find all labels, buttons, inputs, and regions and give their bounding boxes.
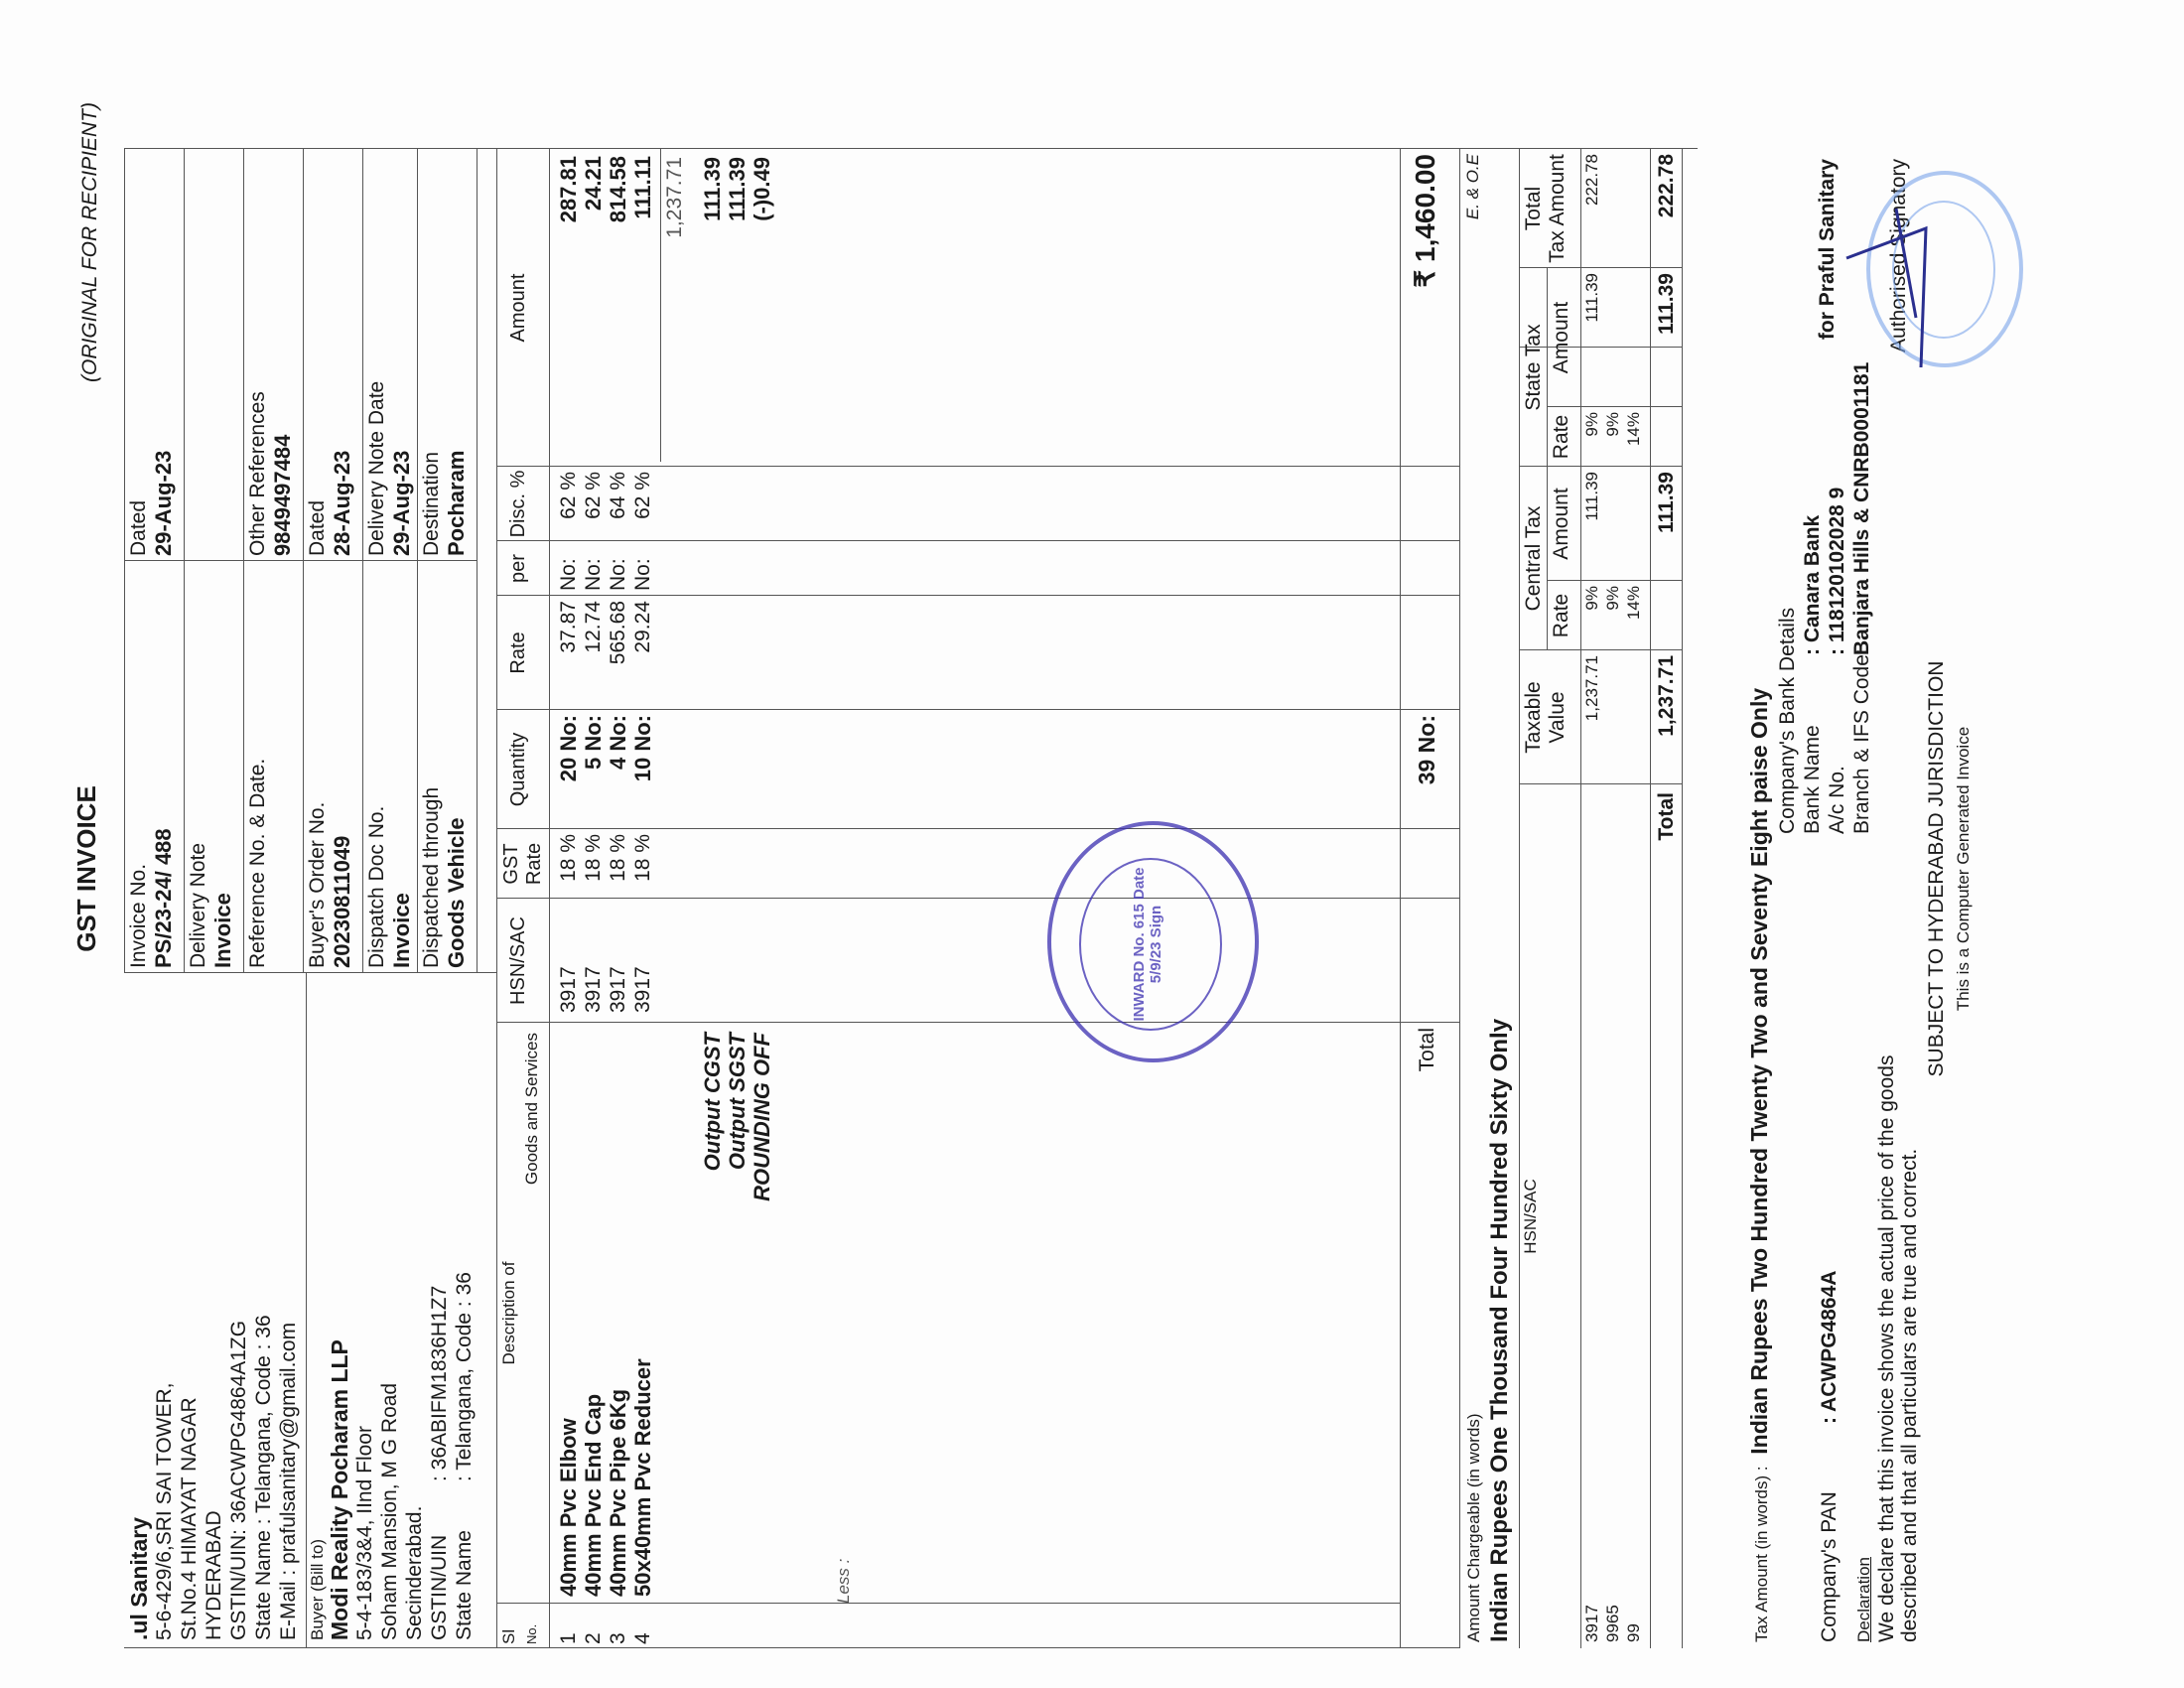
seller-block: .ul Sanitary 5-6-429/6,SRI SAI TOWER, St… [127, 985, 301, 1640]
buyer-block: Buyer (Bill to) Modi Reality Pocharam LL… [308, 985, 477, 1640]
col-header-gst-rate: Rate [522, 829, 547, 899]
buyer-gstin: : 36ABIFM1836H1Z7 [428, 1286, 451, 1481]
declaration-line: We declare that this invoice shows the a… [1874, 1055, 1899, 1642]
tax-row-s-rate: 9% [1603, 412, 1623, 467]
seller-address-line: HYDERABAD [202, 985, 226, 1640]
tax-header-value: Value [1545, 650, 1570, 784]
meta-cell: Dispatched throughGoods Vehicle [419, 787, 469, 968]
meta-label: Dispatched through [419, 787, 444, 968]
buyer-address-line: 5-4-183/3&4, IInd Floor [352, 985, 377, 1640]
tax-total-central: 111.39 [1654, 472, 1679, 581]
seller-address-line: 5-6-429/6,SRI SAI TOWER, [152, 985, 177, 1640]
tax-line-amount: 111.39 [725, 157, 750, 467]
col-header-per: per [506, 541, 531, 596]
tax-row-hsn: 99 [1624, 1623, 1644, 1642]
item-disc: 64 % [606, 472, 630, 536]
tax-row-c-rate: 9% [1603, 586, 1623, 650]
col-header-qty: Quantity [506, 710, 531, 829]
item-sl: 2 [581, 1610, 606, 1644]
item-amount: 24.21 [581, 156, 606, 462]
tax-row-total: 222.78 [1582, 154, 1602, 268]
item-qty: 5 No: [581, 715, 606, 824]
item-rate: 12.74 [581, 601, 606, 705]
meta-value: 20230811049 [330, 802, 354, 968]
col-header-disc: Disc. % [506, 467, 531, 541]
meta-value: Invoice [389, 806, 414, 968]
meta-label: Destination [419, 451, 444, 556]
rule [1580, 149, 1581, 1648]
meta-value: Invoice [210, 843, 235, 968]
seller-state: State Name : Telangana, Code : 36 [251, 985, 276, 1640]
rule [1682, 149, 1683, 1648]
buyer-state-label: State Name [452, 1481, 477, 1640]
item-gst: 18 % [556, 834, 581, 894]
subtotal-amount: 1,237.71 [662, 157, 687, 467]
pan-label: Company's PAN [1817, 1424, 1842, 1642]
item-sl: 4 [630, 1610, 655, 1644]
col-header-desc2: Goods and Services [522, 1023, 542, 1604]
tax-row-hsn: 3917 [1582, 1605, 1602, 1642]
buyer-label: Buyer (Bill to) [308, 985, 328, 1640]
item-amount: 814.58 [606, 156, 630, 462]
tax-total-label: Total [1654, 792, 1679, 1648]
invoice-page: GST INVOICE (ORIGINAL FOR RECIPIENT) .ul… [69, 89, 1906, 1648]
bank-label: Branch & IFS Code: [1849, 655, 1874, 834]
col-header-rate: Rate [506, 596, 531, 710]
meta-cell: Other References9849497484 [245, 391, 295, 556]
meta-cell: Invoice No.PS/23-24/ 488 [126, 828, 176, 968]
tax-line-amount: (-)0.49 [750, 157, 774, 467]
tax-row-s-rate: 9% [1582, 412, 1602, 467]
meta-value: Pocharam [444, 451, 469, 556]
grand-total: ₹ 1,460.00 [1413, 154, 1437, 467]
total-label: Total [1415, 1028, 1439, 1604]
tax-header-taxable: Taxable [1521, 650, 1546, 784]
item-rate: 565.68 [606, 601, 630, 705]
tax-total-taxable: 1,237.71 [1654, 655, 1679, 784]
seller-name: .ul Sanitary [127, 985, 152, 1640]
buyer-address-line: Secinderabad. [402, 985, 427, 1640]
buyer-address-line: Soham Mansion, M G Road [377, 985, 402, 1640]
meta-value: 29-Aug-23 [389, 381, 414, 556]
item-per: No: [606, 541, 630, 591]
col-header-amount: Amount [506, 149, 531, 467]
item-qty: 10 No: [630, 715, 655, 824]
total-quantity: 39 No: [1415, 715, 1439, 829]
tax-total-amount: 222.78 [1654, 154, 1679, 268]
item-amount: 111.11 [630, 156, 655, 462]
meta-cell: Dated29-Aug-23 [126, 451, 176, 556]
col-header-gst: GST [499, 829, 524, 899]
tax-row-c-rate: 14% [1624, 586, 1644, 650]
tax-header-amount: Amount [1549, 268, 1573, 407]
seller-email: E-Mail : prafulsanitary@gmail.com [276, 985, 301, 1640]
tax-line-label: Output SGST [725, 1033, 750, 1604]
tax-words-label: Tax Amount (in words) : [1752, 1466, 1771, 1642]
item-desc: 40mm Pvc End Cap [581, 1026, 606, 1597]
item-amount: 287.81 [556, 156, 581, 462]
meta-cell: Dated28-Aug-23 [305, 451, 354, 556]
item-desc: 50x40mm Pvc Reducer [630, 1026, 655, 1597]
buyer-gstin-label: GSTIN/UIN [427, 1481, 452, 1640]
meta-cell: Buyer's Order No.20230811049 [305, 802, 354, 968]
item-desc: 40mm Pvc Elbow [556, 1026, 581, 1597]
tax-header-amount: Amount [1549, 467, 1573, 581]
item-hsn: 3917 [581, 904, 606, 1013]
item-sl: 1 [556, 1610, 581, 1644]
item-rate: 29.24 [630, 601, 655, 705]
item-hsn: 3917 [556, 904, 581, 1013]
tax-row-taxable: 1,237.71 [1582, 655, 1602, 784]
buyer-name: Modi Reality Pocharam LLP [328, 985, 352, 1640]
meta-label: Buyer's Order No. [305, 802, 330, 968]
item-qty: 20 No: [556, 715, 581, 824]
copy-label: (ORIGINAL FOR RECIPIENT) [77, 102, 102, 382]
eoe-label: E. & O.E [1463, 154, 1483, 467]
amount-in-words: Indian Rupees One Thousand Four Hundred … [1487, 1019, 1512, 1642]
buyer-state: : Telangana, Code : 36 [453, 1272, 476, 1481]
jurisdiction-note: SUBJECT TO HYDERABAD JURISDICTION [1924, 89, 1949, 1648]
tax-header-hsn: HSN/SAC [1521, 784, 1541, 1648]
declaration-line: described and that all particulars are t… [1897, 1149, 1922, 1642]
item-disc: 62 % [630, 472, 655, 536]
item-gst: 18 % [606, 834, 630, 894]
meta-value: PS/23-24/ 488 [151, 828, 176, 968]
meta-label: Dispatch Doc No. [364, 806, 389, 968]
tax-row-c-amount: 111.39 [1582, 472, 1602, 581]
tax-row-c-rate: 9% [1582, 586, 1602, 650]
meta-value: 28-Aug-23 [330, 451, 354, 556]
meta-cell: Delivery NoteInvoice [186, 843, 235, 968]
col-header-desc: Description of [499, 1023, 519, 1604]
meta-label: Delivery Note Date [364, 381, 389, 556]
computer-generated-note: This is a Computer Generated Invoice [1954, 89, 1974, 1648]
meta-cell: Delivery Note Date29-Aug-23 [364, 381, 414, 556]
bank-value: Banjara Hills & CNRB0001181 [1850, 362, 1873, 655]
item-qty: 4 No: [606, 715, 630, 824]
tax-line-amount: 111.39 [700, 157, 725, 467]
item-disc: 62 % [581, 472, 606, 536]
item-per: No: [556, 541, 581, 591]
declaration-title: Declaration [1854, 1557, 1874, 1642]
meta-label: Reference No. & Date. [245, 759, 270, 968]
tax-in-words: Indian Rupees Two Hundred Twenty Two and… [1746, 688, 1772, 1455]
item-gst: 18 % [581, 834, 606, 894]
meta-label: Invoice No. [126, 828, 151, 968]
meta-cell: Dispatch Doc No.Invoice [364, 806, 414, 968]
meta-label: Other References [245, 391, 270, 556]
seller-gstin: GSTIN/UIN: 36ACWPG4864A1ZG [226, 985, 251, 1640]
tax-header-state: State Tax [1521, 268, 1546, 467]
tax-line-label: ROUNDING OFF [750, 1033, 774, 1604]
meta-cell: DestinationPocharam [419, 451, 469, 556]
meta-label: Delivery Note [186, 843, 210, 968]
rule [1547, 268, 1548, 650]
inward-stamp: INWARD No. 615 Date 5/9/23 Sign [1047, 821, 1259, 1062]
amount-words-label: Amount Chargeable (in words) [1464, 1413, 1484, 1642]
less-label: Less : [834, 1559, 854, 1604]
inward-stamp-text: INWARD No. 615 Date 5/9/23 Sign [1131, 850, 1164, 1039]
rule [1519, 149, 1520, 1648]
col-header-sl: Sl [499, 1629, 519, 1644]
tax-header-rate: Rate [1549, 407, 1573, 467]
meta-value: Goods Vehicle [444, 787, 469, 968]
tax-header-central: Central Tax [1521, 467, 1546, 650]
meta-cell: Reference No. & Date. [245, 759, 270, 968]
tax-header-rate: Rate [1549, 581, 1573, 650]
meta-label: Dated [126, 451, 151, 556]
meta-value: 9849497484 [270, 391, 295, 556]
item-gst: 18 % [630, 834, 655, 894]
item-desc: 40mm Pvc Pipe 6Kg [606, 1026, 630, 1597]
seller-address-line: St.No.4 HIMAYAT NAGAR [177, 985, 202, 1640]
tax-row-s-amount: 111.39 [1582, 273, 1602, 407]
meta-value: 29-Aug-23 [151, 451, 176, 556]
tax-line-label: Output CGST [700, 1033, 725, 1604]
item-disc: 62 % [556, 472, 581, 536]
col-header-no: No. [522, 1624, 542, 1644]
tax-header-total-amount: Tax Amount [1545, 149, 1570, 268]
tax-total-state: 111.39 [1654, 273, 1679, 407]
item-sl: 3 [606, 1610, 630, 1644]
item-per: No: [581, 541, 606, 591]
rule [1650, 149, 1651, 1648]
tax-row-s-rate: 14% [1624, 412, 1644, 467]
company-pan: : ACWPG4864A [1818, 1271, 1841, 1424]
item-hsn: 3917 [630, 904, 655, 1013]
tax-row-hsn: 9965 [1603, 1605, 1623, 1642]
item-hsn: 3917 [606, 904, 630, 1013]
item-rate: 37.87 [556, 601, 581, 705]
tax-header-total: Total [1521, 149, 1546, 268]
col-header-hsn: HSN/SAC [506, 899, 531, 1023]
item-per: No: [630, 541, 655, 591]
bank-title: Company's Bank Details [1775, 362, 1800, 834]
meta-label: Dated [305, 451, 330, 556]
